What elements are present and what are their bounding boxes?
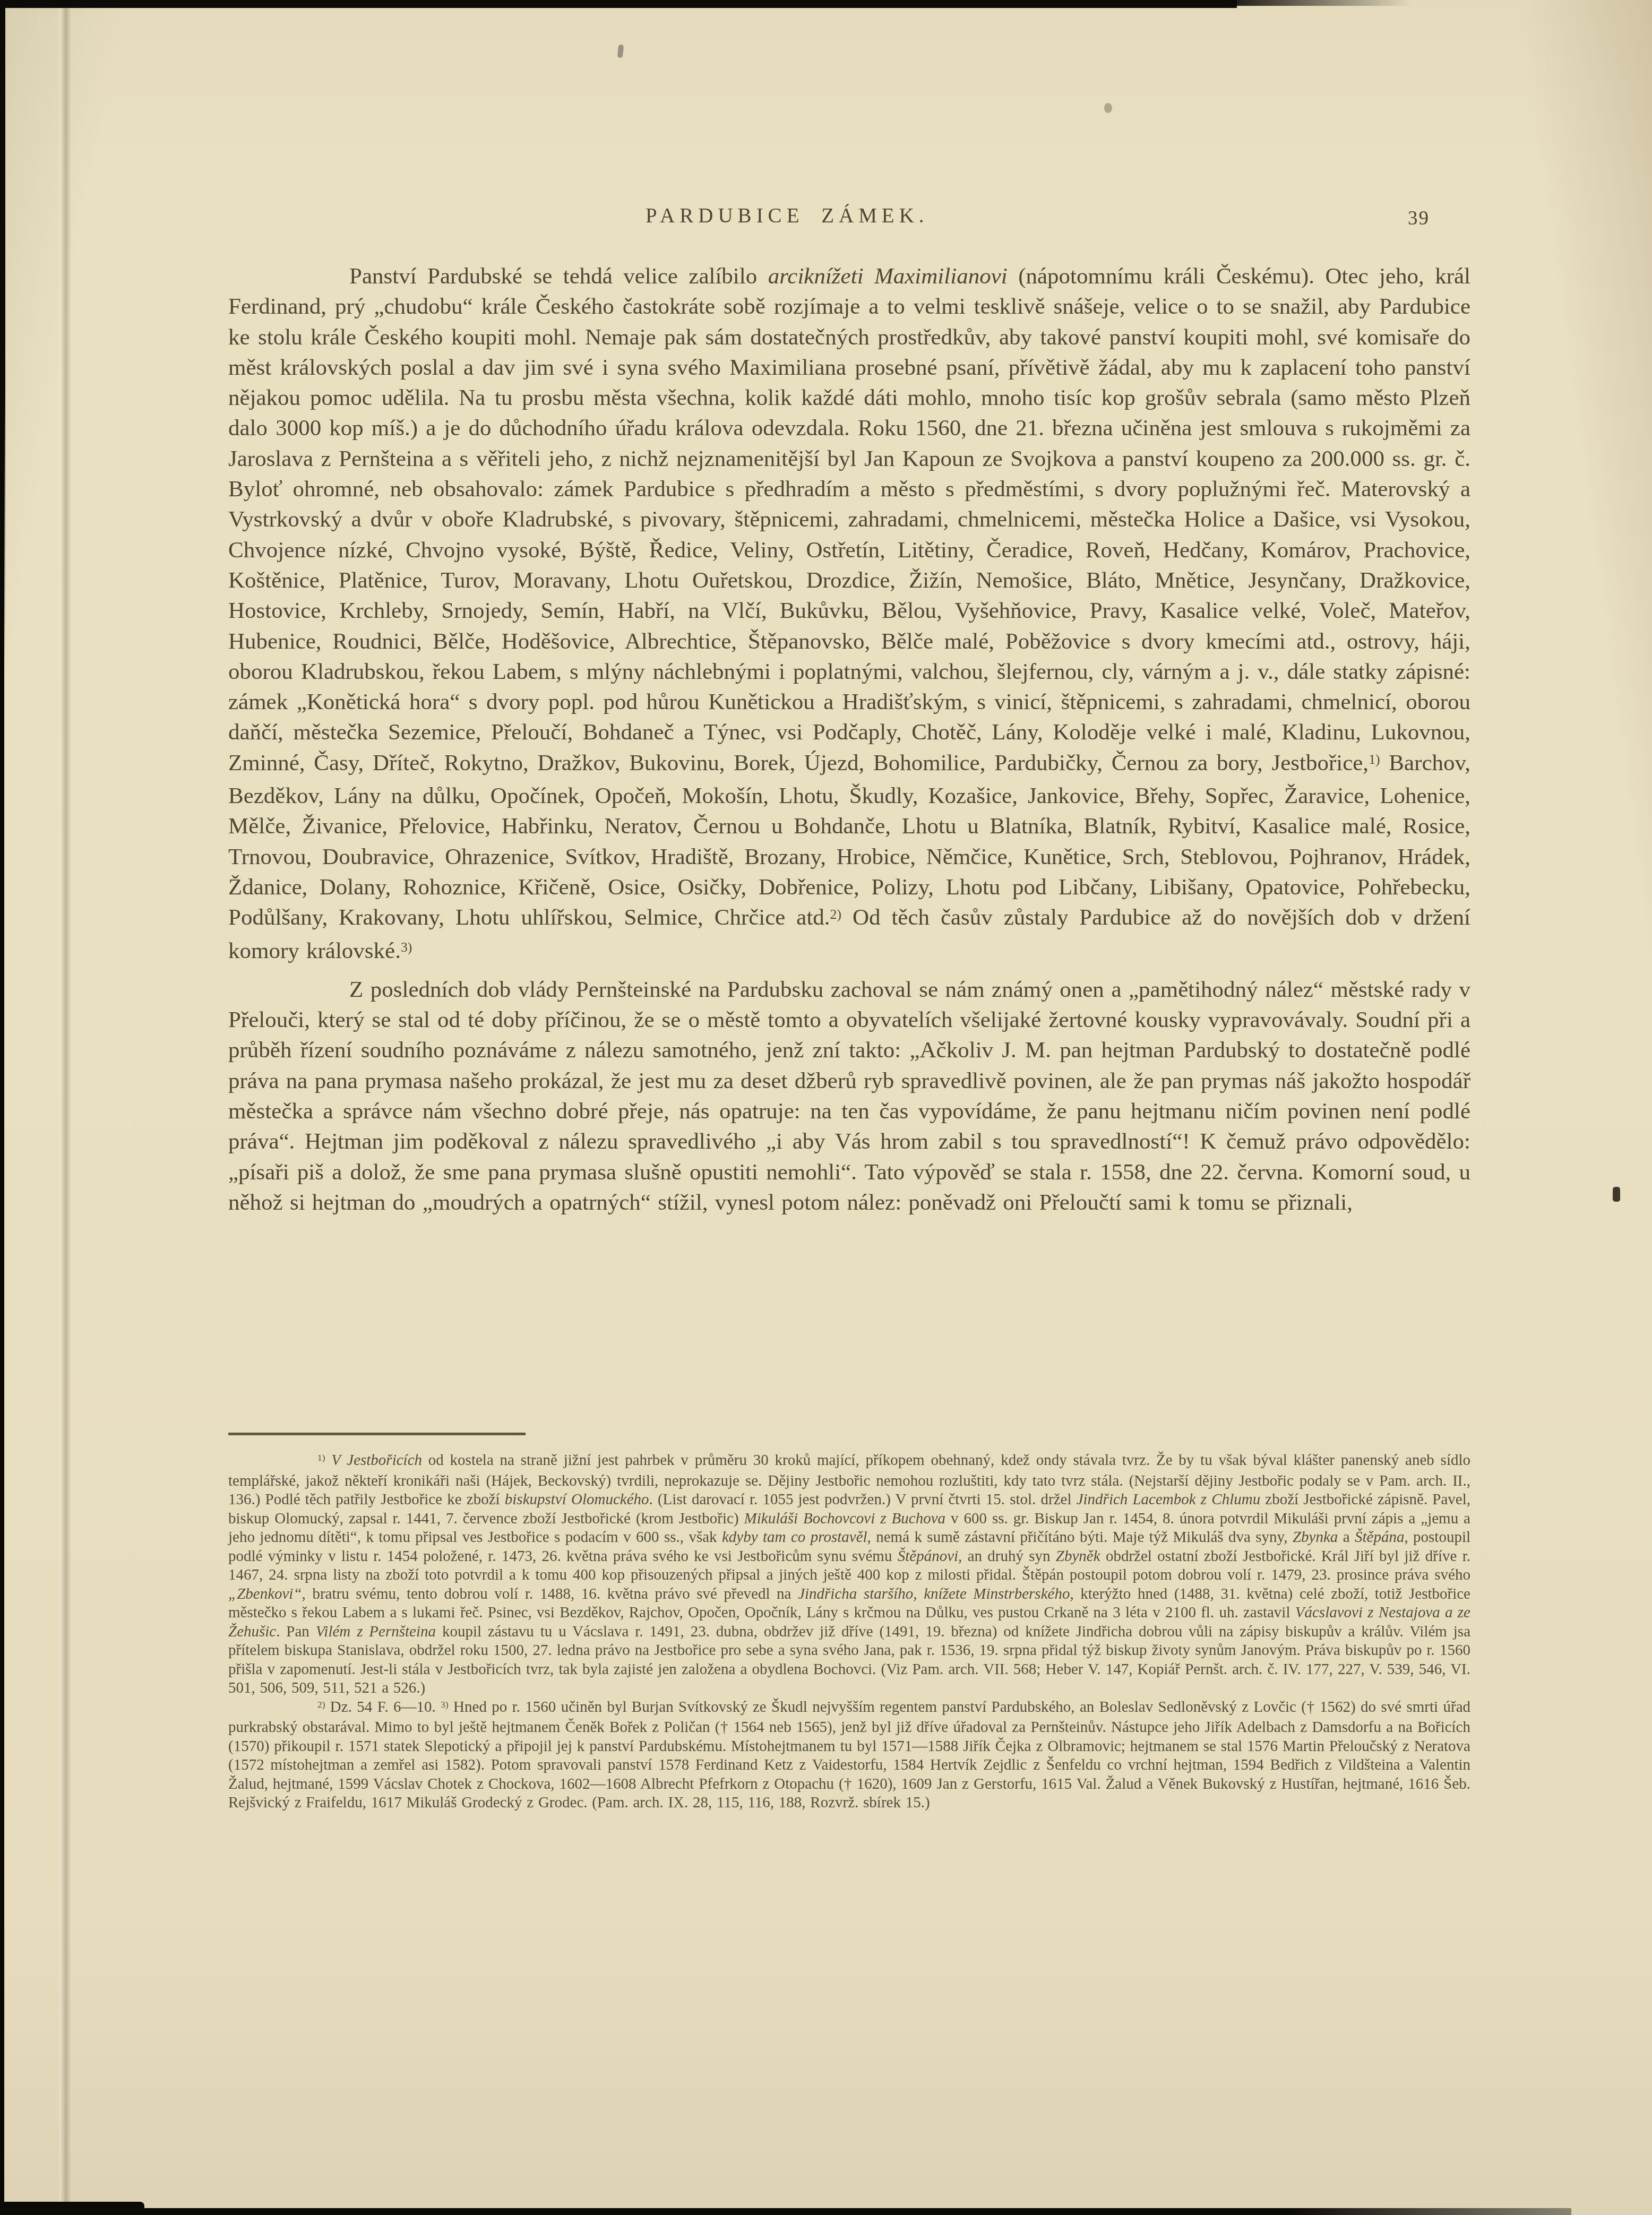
gutter-crease (59, 0, 71, 2215)
scan-bottom-edge (0, 2208, 1571, 2215)
paragraph: Z posledních dob vlády Pernšteinské na P… (228, 975, 1470, 1218)
page-number: 39 (1408, 207, 1430, 230)
scan-top-edge-fade (1237, 0, 1412, 6)
paragraph: Panství Pardubské se tehdá velice zalíbi… (228, 261, 1470, 969)
scan-left-edge (0, 0, 5, 663)
page-title: PARDUBICE ZÁMEK. (646, 204, 929, 228)
ink-speck (1104, 103, 1112, 113)
main-text: Panství Pardubské se tehdá velice zalíbi… (228, 261, 1470, 1223)
ink-speck (1613, 1187, 1620, 1202)
book-page-scan: PARDUBICE ZÁMEK. 39 Panství Pardubské se… (0, 0, 1652, 2215)
footnote: 2) Dz. 54 F. 6—10. 3) Hned po r. 1560 uč… (228, 1698, 1470, 1813)
footnote-separator-rule (228, 1433, 526, 1435)
scan-top-edge (0, 0, 1237, 8)
scan-bottom-corner (0, 2202, 144, 2215)
footnote: 1) V Jestbořicích od kostela na straně j… (228, 1451, 1470, 1698)
footnotes: 1) V Jestbořicích od kostela na straně j… (228, 1451, 1470, 1813)
